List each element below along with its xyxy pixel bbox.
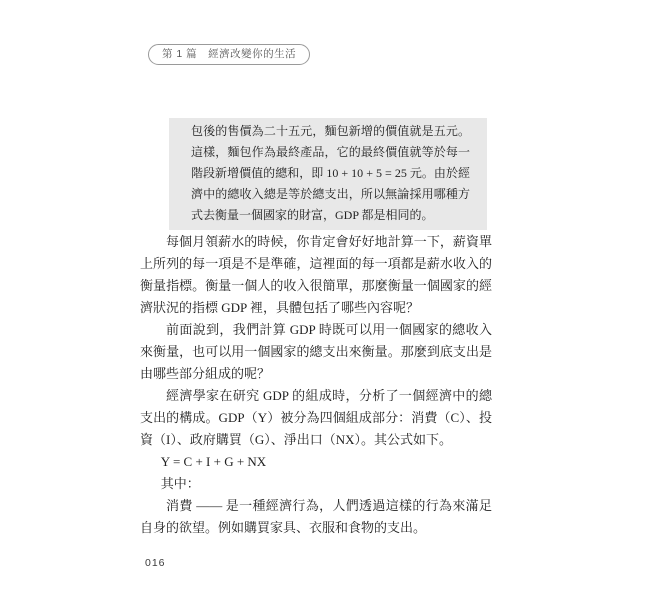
quote-box: 包後的售價為二十五元，麵包新增的價值就是五元。這樣，麵包作為最終產品，它的最終價… bbox=[169, 118, 487, 230]
gdp-formula: Y = C + I + G + NX bbox=[140, 451, 492, 473]
paragraph-gdp-measure: 前面說到，我們計算 GDP 時既可以用一個國家的總收入來衡量，也可以用一個國家的… bbox=[140, 319, 492, 385]
paragraph-consumption: 消費 —— 是一種經濟行為，人們透過這樣的行為來滿足自身的欲望。例如購買家具、衣… bbox=[140, 495, 492, 539]
paragraph-salary: 每個月領薪水的時候，你肯定會好好地計算一下，薪資單上所列的每一項是不是準確，這裡… bbox=[140, 231, 492, 319]
page-number: 016 bbox=[145, 557, 166, 569]
book-page: 第 1 篇 經濟改變你的生活 包後的售價為二十五元，麵包新增的價值就是五元。這樣… bbox=[0, 0, 655, 609]
body-text: 每個月領薪水的時候，你肯定會好好地計算一下，薪資單上所列的每一項是不是準確，這裡… bbox=[140, 231, 492, 539]
quote-text: 包後的售價為二十五元，麵包新增的價值就是五元。這樣，麵包作為最終產品，它的最終價… bbox=[191, 121, 470, 226]
paragraph-gdp-components: 經濟學家在研究 GDP 的組成時，分析了一個經濟中的總支出的構成。GDP（Y）被… bbox=[140, 385, 492, 451]
section-badge: 第 1 篇 經濟改變你的生活 bbox=[148, 44, 310, 65]
paragraph-among-which: 其中： bbox=[140, 473, 492, 495]
section-badge-label: 第 1 篇 經濟改變你的生活 bbox=[162, 48, 296, 60]
